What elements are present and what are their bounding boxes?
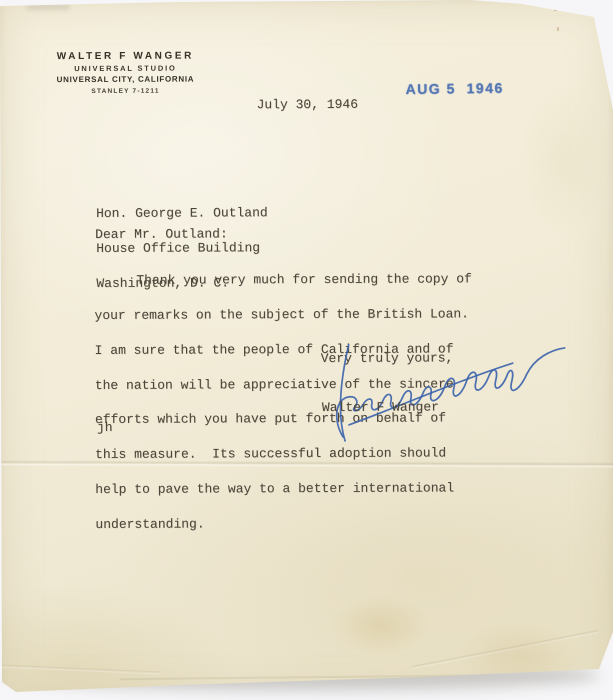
body-line: understanding.	[95, 517, 473, 530]
scanned-letter-scene: WALTER F WANGER UNIVERSAL STUDIO UNIVERS…	[0, 0, 613, 700]
letter-date: July 30, 1946	[257, 99, 358, 111]
letter-content: WALTER F WANGER UNIVERSAL STUDIO UNIVERS…	[0, 0, 613, 700]
body-line: Thank you very much for sending the copy…	[94, 274, 472, 287]
body-line: help to pave the way to a better interna…	[95, 482, 473, 495]
salutation: Dear Mr. Outland:	[95, 228, 228, 240]
recipient-name: Hon. George E. Outland	[96, 207, 268, 219]
letterhead-city: UNIVERSAL CITY, CALIFORNIA	[0, 74, 251, 85]
letterhead: WALTER F WANGER UNIVERSAL STUDIO UNIVERS…	[0, 49, 252, 96]
body-line: this measure. Its successful adoption sh…	[95, 447, 473, 460]
body-line: your remarks on the subject of the Briti…	[94, 308, 472, 321]
typist-initials: jh	[97, 422, 113, 434]
letter-paper: WALTER F WANGER UNIVERSAL STUDIO UNIVERS…	[0, 0, 613, 700]
signature-stroke-scrawl	[336, 348, 565, 437]
signature-stroke-upstroke	[340, 345, 349, 441]
letterhead-name: WALTER F WANGER	[0, 49, 251, 63]
signature-typed-name: Walter F Wanger	[322, 401, 439, 413]
received-date-stamp: AUG 5 1946	[405, 80, 503, 97]
letterhead-studio: UNIVERSAL STUDIO	[0, 63, 251, 74]
signature-handwritten	[299, 336, 579, 449]
letterhead-phone: STANLEY 7-1211	[0, 86, 252, 96]
